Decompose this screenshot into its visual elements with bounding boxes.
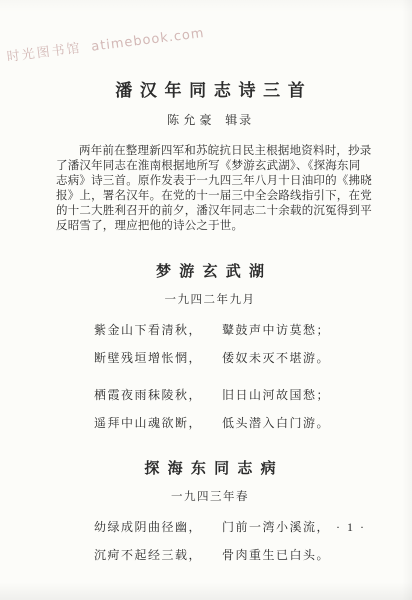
verse: 栖霞夜雨秣陵秋， bbox=[94, 386, 222, 403]
document-title: 潘汉年同志诗三首 bbox=[56, 76, 364, 101]
library-watermark: 时光图书馆atimebook.com bbox=[6, 22, 206, 65]
poem-couplet: 沉疴不起经三载， 骨肉重生已白头。 bbox=[94, 546, 364, 563]
poem-couplet: 幼绿成阴曲径幽， 门前一湾小溪流， bbox=[94, 518, 364, 535]
poem-body: 幼绿成阴曲径幽， 门前一湾小溪流， 沉疴不起经三载， 骨肉重生已白头。 bbox=[56, 518, 364, 563]
page-content: 潘汉年同志诗三首 陈允豪辑录 两年前在整理新四军和苏皖抗日民主根据地资料时，抄录… bbox=[56, 76, 364, 563]
watermark-chinese-text: 时光图书馆 bbox=[6, 41, 82, 65]
poem-section-visiting-sick-comrade: 探海东同志病 一九四三年春 幼绿成阴曲径幽， 门前一湾小溪流， 沉疴不起经三载，… bbox=[56, 457, 364, 563]
verse: 鼙鼓声中访莫愁； bbox=[222, 321, 330, 338]
intro-line: 了潘汉年同志在淮南根据地所写《梦游玄武湖》、《探海东同 bbox=[56, 159, 364, 174]
intro-line: 两年前在整理新四军和苏皖抗日民主根据地资料时，抄录 bbox=[56, 144, 364, 159]
verse: 倭奴未灭不堪游。 bbox=[222, 349, 330, 366]
poem-couplet: 紫金山下看清秋， 鼙鼓声中访莫愁； bbox=[94, 321, 364, 338]
verse: 遥拜中山魂欲断， bbox=[94, 414, 222, 431]
poem-title: 梦游玄武湖 bbox=[56, 260, 364, 281]
intro-line: 的十二大胜利召开的前夕，潘汉年同志二十余载的沉冤得到平 bbox=[56, 204, 364, 219]
poem-couplet: 断壁残垣增怅惘， 倭奴未灭不堪游。 bbox=[94, 349, 364, 366]
poem-couplet: 遥拜中山魂欲断， 低头潜入白门游。 bbox=[94, 414, 364, 431]
verse: 断壁残垣增怅惘， bbox=[94, 349, 222, 366]
introduction-paragraph: 两年前在整理新四军和苏皖抗日民主根据地资料时，抄录 了潘汉年同志在淮南根据地所写… bbox=[56, 144, 364, 234]
poem-title: 探海东同志病 bbox=[56, 457, 364, 478]
poem-section-xuanwu-lake: 梦游玄武湖 一九四二年九月 紫金山下看清秋， 鼙鼓声中访莫愁； 断壁残垣增怅惘，… bbox=[56, 260, 364, 431]
verse: 幼绿成阴曲径幽， bbox=[94, 518, 222, 535]
verse: 骨肉重生已白头。 bbox=[222, 546, 330, 563]
verse: 低头潜入白门游。 bbox=[222, 414, 330, 431]
intro-line: 报》上，署名汉年。在党的十一届三中全会路线指引下，在党 bbox=[56, 189, 364, 204]
poem-date: 一九四二年九月 bbox=[56, 291, 364, 307]
byline-compiler-name: 陈允豪 bbox=[167, 113, 216, 127]
poem-body: 紫金山下看清秋， 鼙鼓声中访莫愁； 断壁残垣增怅惘， 倭奴未灭不堪游。 栖霞夜雨… bbox=[56, 321, 364, 431]
intro-line: 反昭雪了，理应把他的诗公之于世。 bbox=[56, 219, 364, 234]
byline-role-label: 辑录 bbox=[225, 113, 253, 127]
intro-line: 志病》诗三首。原作发表于一九四三年八月十日油印的《拂晓 bbox=[56, 174, 364, 189]
verse: 旧日山河故国愁； bbox=[222, 386, 330, 403]
poem-couplet: 栖霞夜雨秣陵秋， 旧日山河故国愁； bbox=[94, 386, 364, 403]
watermark-site-text: atimebook.com bbox=[90, 26, 205, 55]
byline: 陈允豪辑录 bbox=[56, 111, 364, 128]
verse: 紫金山下看清秋， bbox=[94, 321, 222, 338]
page-number: · 1 · bbox=[336, 520, 366, 535]
verse: 门前一湾小溪流， bbox=[222, 518, 330, 535]
poem-date: 一九四三年春 bbox=[56, 488, 364, 504]
verse: 沉疴不起经三载， bbox=[94, 546, 222, 563]
